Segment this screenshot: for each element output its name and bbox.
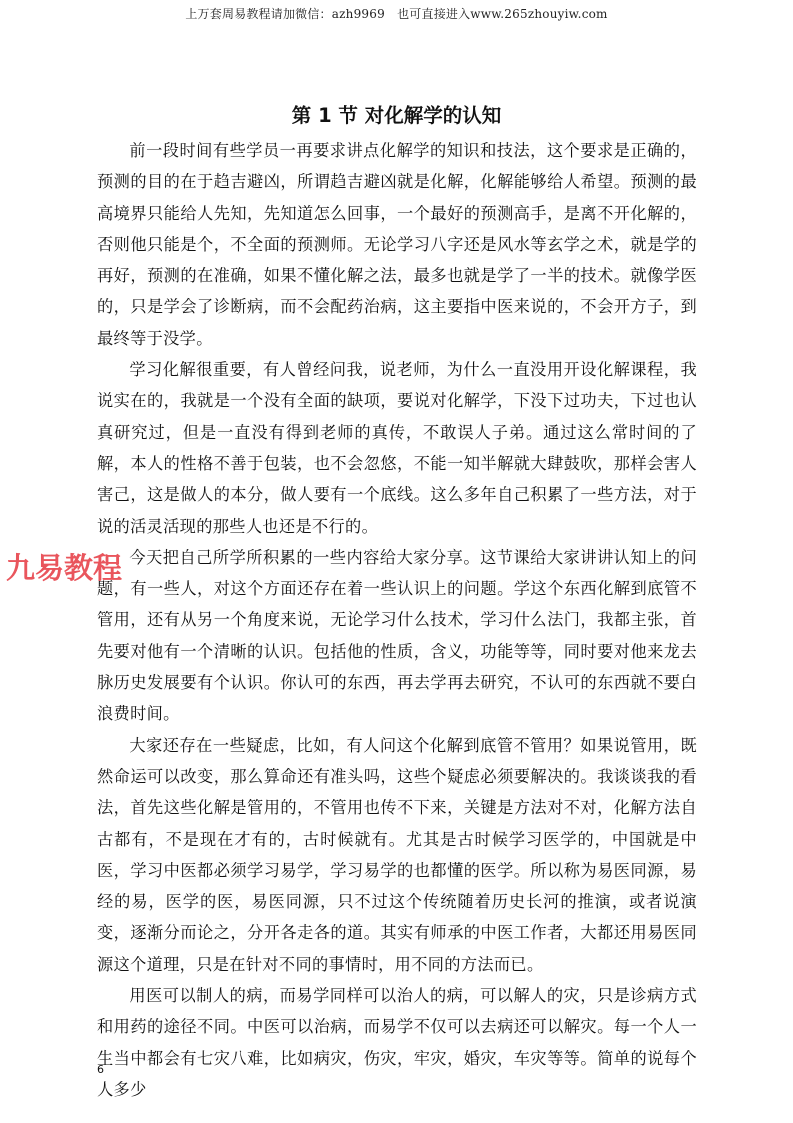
paragraph: 用医可以制人的病，而易学同样可以治人的病，可以解人的灾，只是诊病方式和用药的途径…	[97, 980, 697, 1105]
page-number: 6	[97, 1063, 104, 1076]
watermark-logo: 九易教程	[6, 546, 122, 587]
paragraph: 前一段时间有些学员一再要求讲点化解学的知识和技法，这个要求是正确的，预测的目的在…	[97, 135, 697, 354]
promo-header: 上万套周易教程请加微信：azh9969 也可直接进入www.265zhouyiw…	[0, 5, 793, 22]
paragraph: 今天把自己所学所积累的一些内容给大家分享。这节课给大家讲讲认知上的问题，有一些人…	[97, 542, 697, 730]
document-body: 前一段时间有些学员一再要求讲点化解学的知识和技法，这个要求是正确的，预测的目的在…	[97, 135, 697, 1105]
paragraph: 学习化解很重要，有人曾经问我，说老师，为什么一直没用开设化解课程，我说实在的，我…	[97, 354, 697, 542]
page-title: 第 1 节 对化解学的认知	[0, 100, 793, 128]
paragraph: 大家还存在一些疑虑，比如，有人问这个化解到底管不管用？如果说管用，既然命运可以改…	[97, 730, 697, 980]
